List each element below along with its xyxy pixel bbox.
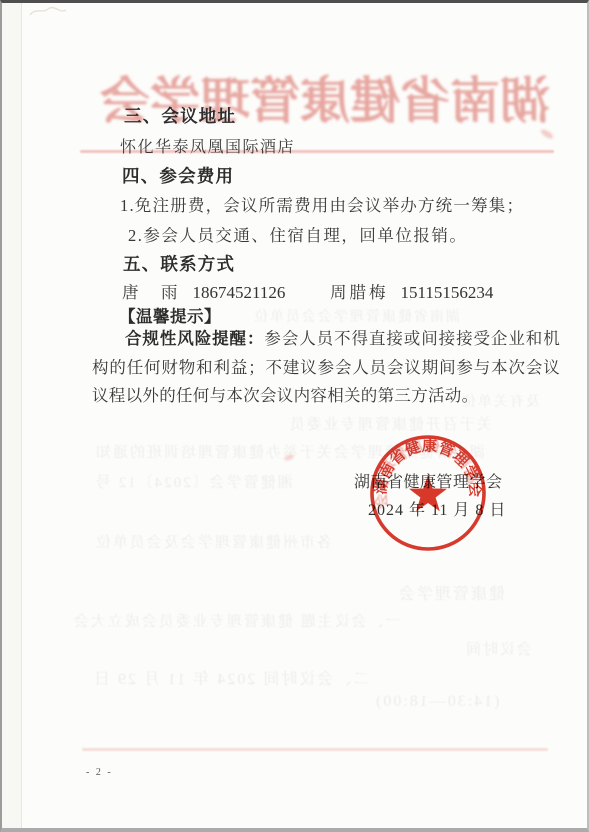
contact-phone: 15115156234 (401, 283, 494, 302)
bleed-through-line: 各市州健康管理学会及会员单位 (94, 531, 332, 552)
contact-name: 周腊梅 (330, 283, 389, 302)
section-heading-contacts: 五、联系方式 (123, 251, 235, 276)
notice-paragraph: 合规性风险提醒：参会人员不得直接或间接接受企业和机构的任何财物和利益；不建议参会… (92, 325, 560, 411)
notice-title: 【温馨提示】 (119, 303, 221, 327)
pencil-mark (28, 5, 68, 24)
contact-entry: 周腊梅15115156234 (330, 279, 493, 303)
section-heading-fees: 四、参会费用 (122, 163, 234, 188)
seal-graphic: 湖南省健康管理学会 湖南省健康管理学会 (358, 423, 498, 563)
meeting-address: 怀化华泰凤凰国际酒店 (120, 134, 295, 157)
section-heading-address: 三、会议地址 (124, 103, 236, 128)
bleed-through-line: 湘健管学会〔2024〕12 号 (94, 471, 293, 492)
page-number: - 2 - (86, 767, 113, 778)
bleed-through-line: 湖南省健康管理学会会员单位 (252, 306, 460, 326)
scanned-page: 湖南省健康管理学会 湖南省健康管理学会会员单位 及有关单位 关于召开健康管理专业… (0, 0, 589, 832)
seal-star-icon (409, 475, 447, 511)
bleed-through-line: 一、会议主题 健康管理专业委员会成立大会 (72, 610, 401, 631)
contact-name: 唐 雨 (122, 283, 181, 302)
fee-item: 2.参会人员交通、住宿自理，回单位报销。 (128, 222, 467, 246)
fee-item: 1.免注册费，会议所需费用由会议举办方统一筹集； (120, 192, 524, 216)
bleed-through-line: 会议时间 (464, 638, 532, 659)
bleed-through-line: (14:30—18:00) (374, 693, 500, 711)
page-edge-shadow (2, 3, 22, 828)
contact-entry: 唐 雨18674521126 (122, 279, 285, 303)
bleed-through-line: 健康管理学会 (397, 581, 505, 604)
official-seal: 湖南省健康管理学会 湖南省健康管理学会 (358, 423, 498, 563)
contact-phone: 18674521126 (193, 283, 286, 302)
bleed-through-red-rule (82, 748, 548, 751)
bleed-through-line: 二、会议时间 2024 年 11 月 29 日 (92, 666, 369, 689)
notice-lead: 合规性风险提醒： (125, 329, 264, 348)
